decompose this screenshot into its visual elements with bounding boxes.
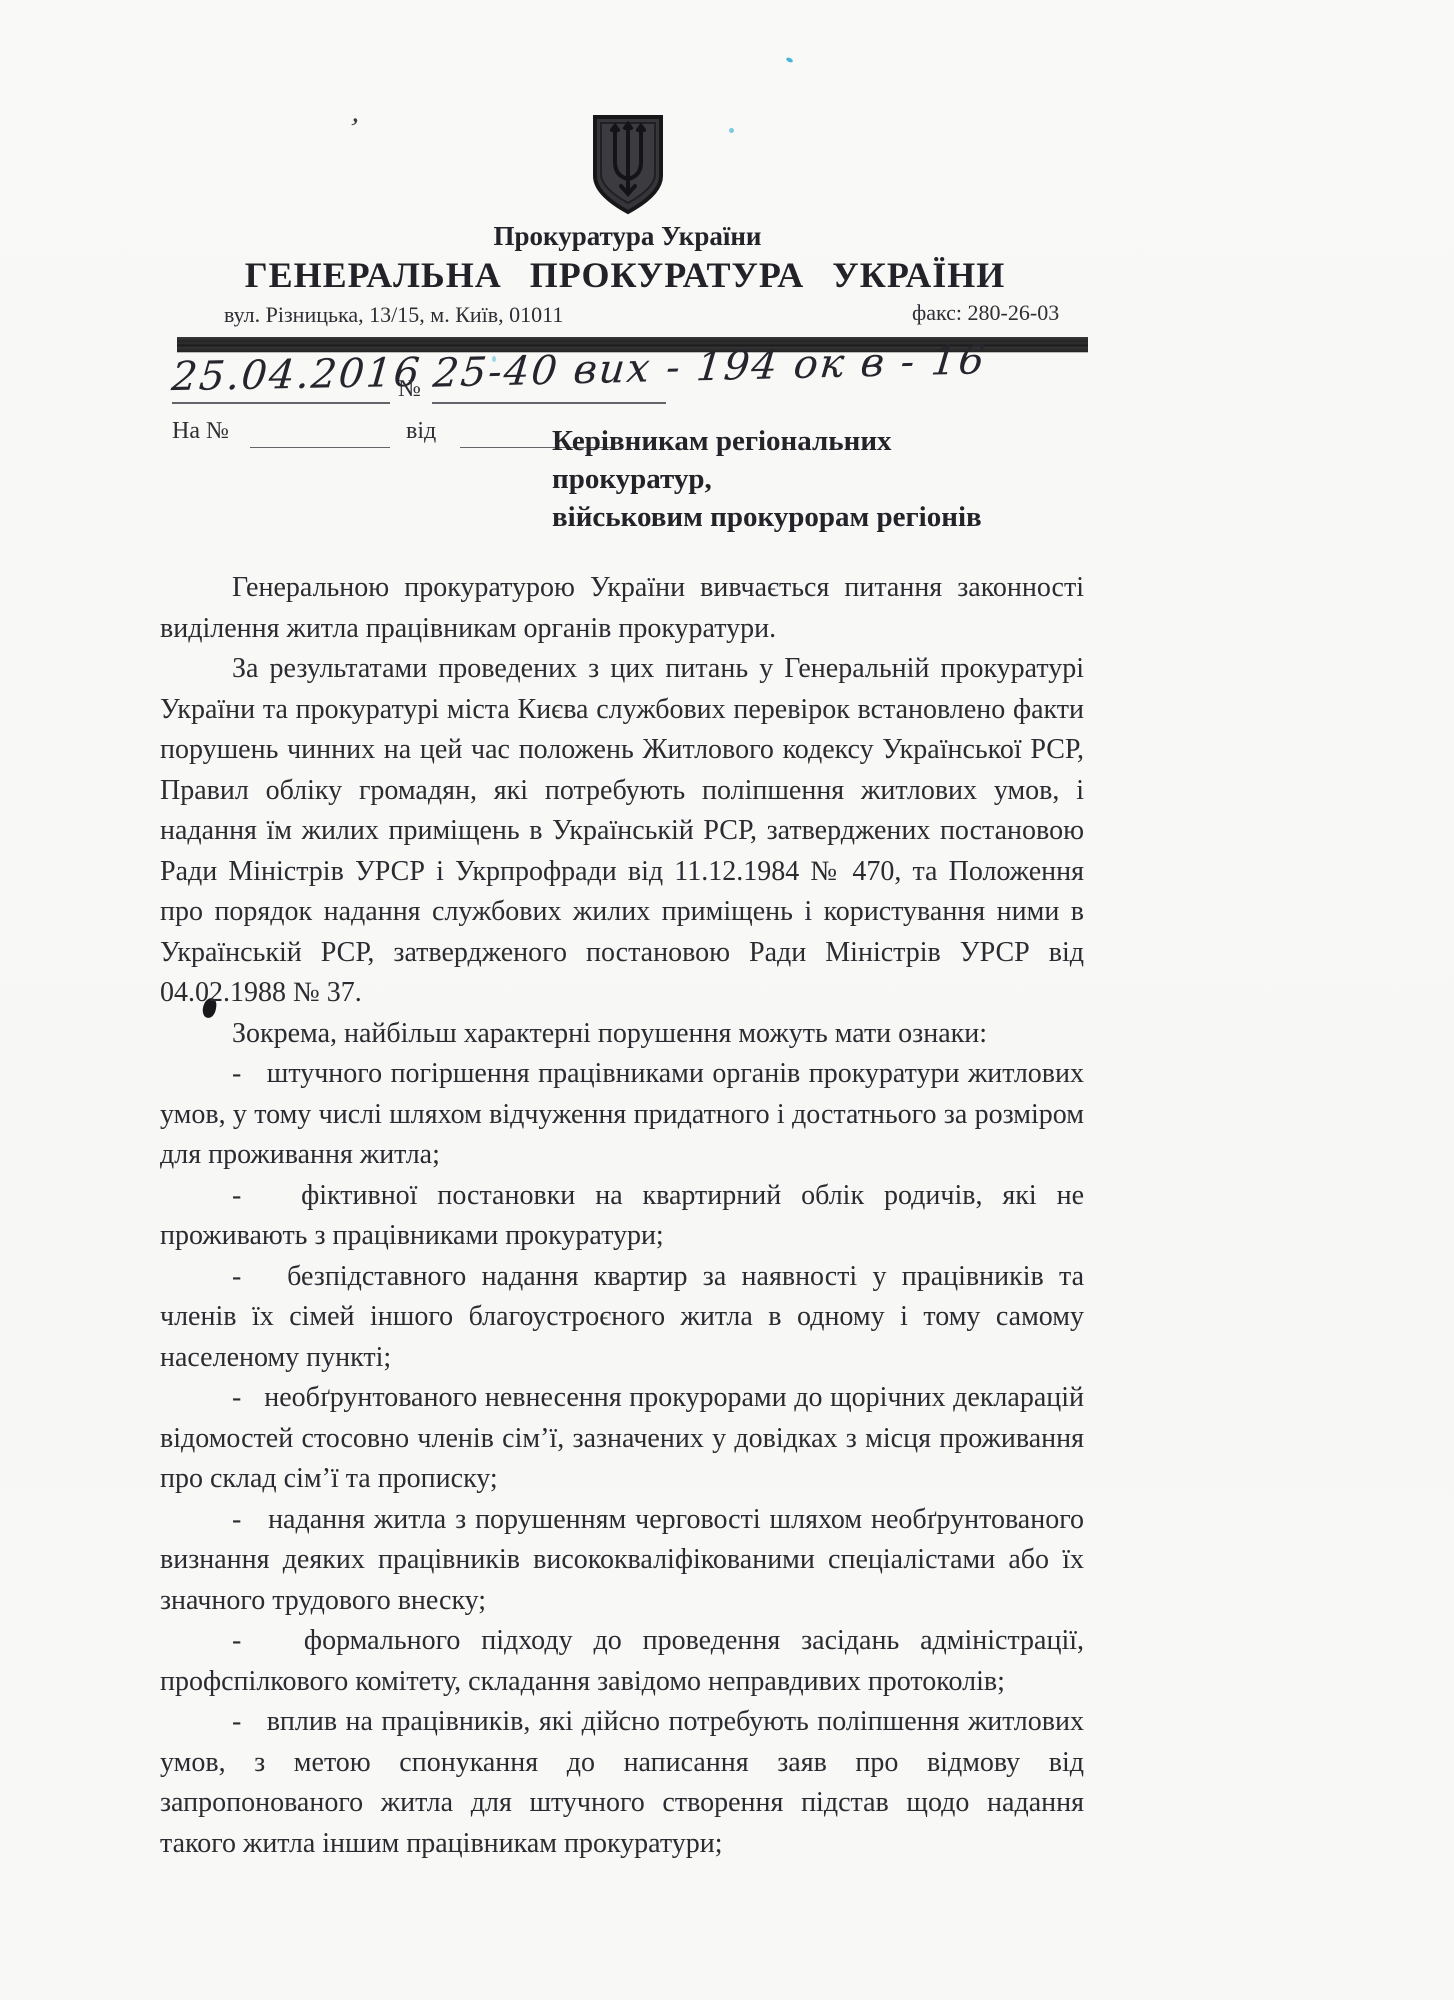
org-fax: факс: 280-26-03 [912, 300, 1059, 326]
body-paragraph-list-item: - безпідставного надання квартир за наяв… [160, 1257, 1084, 1379]
scan-speck [785, 57, 793, 64]
ukraine-trident-coat-of-arms-icon [588, 114, 668, 216]
reply-number-blank-line [250, 447, 390, 448]
body-paragraph-list-item: - формального підходу до проведення засі… [160, 1621, 1084, 1702]
document-number-sign: № [398, 376, 421, 403]
body-paragraph: За результатами проведених з цих питань … [160, 649, 1084, 1014]
body-paragraph: Генеральною прокуратурою України вивчаєт… [160, 568, 1084, 649]
parent-org-title: Прокуратура України [160, 221, 1095, 252]
org-address: вул. Різницька, 13/15, м. Київ, 01011 [224, 302, 563, 328]
body-paragraph-list-item: - штучного погіршення працівниками орган… [160, 1054, 1084, 1176]
reply-date-label: від [406, 418, 436, 445]
scan-pen-mark: ’ [344, 111, 362, 146]
handwritten-date: 25.04.2016 [170, 350, 423, 400]
addressee-line-2: військовим прокурорам регіонів [552, 498, 1032, 536]
scanned-letter-page: ’ Прокуратура України ГЕНЕРАЛЬНА ПРОКУРА… [0, 0, 1454, 2000]
body-paragraph-list-item: - надання житла з порушенням черговості … [160, 1500, 1084, 1622]
body-paragraph-list-item: - вплив на працівників, які дійсно потре… [160, 1702, 1084, 1864]
scan-speck [729, 128, 734, 133]
addressee-line-1: Керівникам регіональних прокуратур, [552, 422, 1032, 498]
letter-body: Генеральною прокуратурою України вивчаєт… [160, 568, 1084, 1864]
body-paragraph-list-item: - необґрунтованого невнесення прокурорам… [160, 1378, 1084, 1500]
org-title: ГЕНЕРАЛЬНА ПРОКУРАТУРА УКРАЇНИ [120, 254, 1130, 296]
reply-number-label: На № [172, 418, 229, 445]
body-paragraph: Зокрема, найбільш характерні порушення м… [160, 1014, 1084, 1055]
body-paragraph-list-item: - фіктивної постановки на квартирний обл… [160, 1176, 1084, 1257]
date-blank-line [172, 402, 390, 404]
number-blank-line [432, 402, 666, 404]
addressee-block: Керівникам регіональних прокуратур, війс… [552, 422, 1032, 536]
